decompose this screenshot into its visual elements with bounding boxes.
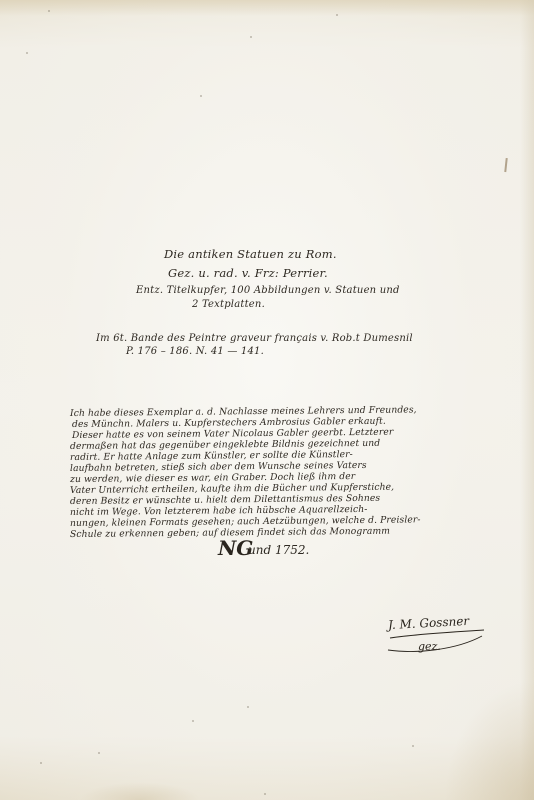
pencil-mark	[504, 158, 507, 172]
paper-stain-right	[520, 0, 534, 800]
header-line-2: Gez. u. rad. v. Frz: Perrier.	[168, 266, 328, 280]
paper-speck	[247, 706, 249, 708]
paper-speck	[200, 95, 202, 97]
paper-speck	[412, 745, 414, 747]
paper-stain-bottom-left	[80, 782, 200, 800]
manuscript-page: Die antiken Statuen zu Rom. Gez. u. rad.…	[0, 0, 534, 800]
paper-speck	[192, 720, 194, 722]
header-line-3: Entz. Titelkupfer, 100 Abbildungen v. St…	[136, 285, 400, 296]
paper-speck	[48, 10, 50, 12]
signature-sub: gez.	[418, 640, 441, 653]
paper-speck	[250, 36, 252, 38]
paper-speck	[98, 752, 100, 754]
reference-line-1: Im 6t. Bande des Peintre graveur françai…	[96, 333, 413, 344]
paper-speck	[336, 14, 338, 16]
reference-line-2: P. 176 – 186. N. 41 — 141.	[126, 346, 264, 357]
paper-stain-bottom-right	[444, 680, 534, 800]
header-line-4: 2 Textplatten.	[192, 299, 265, 310]
paper-stain-top	[0, 0, 534, 16]
header-line-1: Die antiken Statuen zu Rom.	[164, 247, 337, 261]
paper-speck	[26, 52, 28, 54]
date-line: und 1752.	[248, 543, 309, 557]
paper-speck	[264, 793, 266, 795]
paper-speck	[40, 762, 42, 764]
